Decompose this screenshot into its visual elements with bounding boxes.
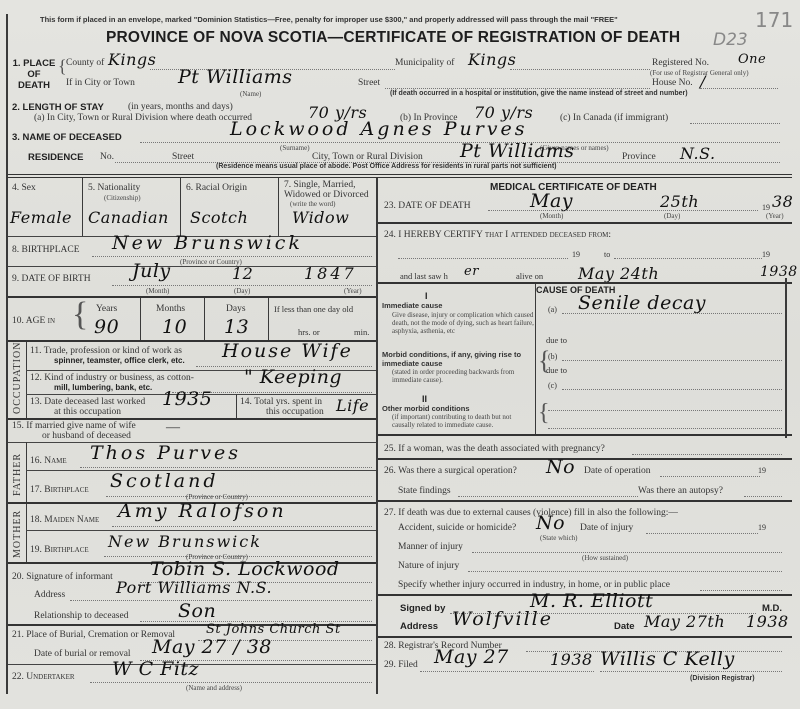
how-sustained-caption: (How sustained) xyxy=(582,554,628,562)
signer-address-value[interactable]: Wolfville xyxy=(452,608,553,630)
mother-maiden-label: 18. Maiden Name xyxy=(30,515,99,525)
dob-month-caption: (Month) xyxy=(146,287,169,295)
deceased-name-value[interactable]: Lockwood Agnes Purves xyxy=(230,118,528,140)
death-certificate: This form if placed in an envelope, mark… xyxy=(0,0,800,709)
residence-label: RESIDENCE xyxy=(28,152,83,163)
dob-day[interactable]: 12 xyxy=(232,264,253,283)
q27-label: 27. If death was due to external causes … xyxy=(384,508,678,518)
q29-value[interactable]: May 27 xyxy=(434,646,509,668)
stamp-number: 171 xyxy=(755,8,793,32)
informant-sig-label: 20. Signature of informant xyxy=(12,572,113,582)
age-years-value[interactable]: 90 xyxy=(94,316,119,338)
marital-caption: (write the word) xyxy=(290,200,335,208)
mail-notice: This form if placed in an envelope, mark… xyxy=(40,15,618,24)
length-of-stay-label: 2. LENGTH OF STAY xyxy=(12,102,104,113)
q23-year-prefix: 19 xyxy=(762,203,770,212)
q13-sub: at this occupation xyxy=(54,407,121,417)
q24-lastsaw-label: and last saw h xyxy=(400,271,448,281)
morbid-conditions-label: Morbid conditions, if any, giving rise t… xyxy=(382,350,534,368)
dob-month[interactable]: July xyxy=(132,260,171,282)
birthplace-value[interactable]: New Brunswick xyxy=(112,232,303,254)
registered-no-label: Registered No. xyxy=(652,58,709,68)
nationality-label: 5. Nationality xyxy=(88,183,140,193)
dob-label: 9. DATE OF BIRTH xyxy=(12,274,91,284)
registrar-signature[interactable]: Willis C Kelly xyxy=(600,648,735,670)
hospital-note: (If death occurred in a hospital or inst… xyxy=(390,90,688,97)
age-label: 10. AGE in xyxy=(12,316,55,326)
autopsy-label: Was there an autopsy? xyxy=(638,486,723,496)
age-months-value[interactable]: 10 xyxy=(162,316,187,338)
q12-value[interactable]: " Keeping xyxy=(244,366,342,388)
length-of-stay-note: (in years, months and days) xyxy=(128,102,233,112)
specify-label: Specify whether injury occurred in indus… xyxy=(398,580,670,590)
pencil-code: D23 xyxy=(713,30,748,50)
mother-birthplace-label: 19. Birthplace xyxy=(30,545,89,555)
q26-label: 26. Was there a surgical operation? xyxy=(384,466,517,476)
q24-to-year: 19 xyxy=(762,250,770,259)
deceased-name-label: 3. NAME OF DECEASED xyxy=(12,132,122,143)
registered-no-value[interactable]: One xyxy=(738,52,766,67)
name-caption: (Name) xyxy=(240,90,261,98)
place-of-death-label: 1. PLACE OF DEATH xyxy=(12,58,56,91)
burial-place-label: 21. Place of Burial, Cremation or Remova… xyxy=(12,630,175,640)
medical-heading: MEDICAL CERTIFICATE OF DEATH xyxy=(490,182,657,193)
roman-two: II xyxy=(422,394,427,404)
sex-label: 4. Sex xyxy=(12,183,36,193)
roman-one: I xyxy=(425,291,428,301)
residence-note: (Residence means usual place of abode. P… xyxy=(216,163,557,170)
q23-day-caption: (Day) xyxy=(664,212,680,220)
left-border xyxy=(6,14,8,694)
birthplace-label: 8. BIRTHPLACE xyxy=(12,245,80,255)
residence-no-label: No. xyxy=(100,152,114,162)
residence-city-value[interactable]: Pt Williams xyxy=(460,140,575,162)
q23-month-caption: (Month) xyxy=(540,212,563,220)
cause-b-label: (b) xyxy=(548,352,557,361)
nationality-caption: (Citizenship) xyxy=(104,194,141,202)
racial-origin-value[interactable]: Scotch xyxy=(190,208,248,227)
county-value[interactable]: Kings xyxy=(108,50,156,69)
dob-year-caption: (Year) xyxy=(344,287,362,295)
immediate-cause-label: Immediate cause xyxy=(382,301,442,310)
racial-origin-label: 6. Racial Origin xyxy=(186,183,247,193)
immediate-cause-note: Give disease, injury or complication whi… xyxy=(392,311,534,335)
q24-alive-label: alive on xyxy=(516,271,543,281)
nature-label: Nature of injury xyxy=(398,561,459,571)
q26-value[interactable]: No xyxy=(546,456,575,478)
city-value[interactable]: Pt Williams xyxy=(178,66,293,88)
nationality-value[interactable]: Canadian xyxy=(88,208,169,227)
city-label: If in City or Town xyxy=(66,78,135,88)
registrar-caption: (Division Registrar) xyxy=(690,675,755,682)
injury-date-label: Date of injury xyxy=(580,523,633,533)
signed-by-label: Signed by xyxy=(400,603,445,614)
informant-sig-value[interactable]: Tobin S. Lockwood xyxy=(150,558,340,580)
q24-lastsaw-date[interactable]: May 24th xyxy=(578,264,659,283)
q12-label: 12. Kind of industry or business, as cot… xyxy=(30,373,194,383)
q24-lastsaw-suffix[interactable]: er xyxy=(464,264,479,279)
q14-value[interactable]: Life xyxy=(336,396,369,415)
informant-address-value[interactable]: Port Williams N.S. xyxy=(116,578,272,597)
undertaker-value[interactable]: W C Fitz xyxy=(112,658,199,680)
father-side-label: FATHER xyxy=(12,453,23,496)
q11-label: 11. Trade, profession or kind of work as xyxy=(30,346,182,356)
dob-year[interactable]: 1847 xyxy=(304,264,357,283)
father-birthplace-label: 17. Birthplace xyxy=(30,485,89,495)
q14-label: 14. Total yrs. spent in xyxy=(240,397,322,407)
burial-place-value[interactable]: St Johns Church St xyxy=(206,622,341,637)
q11-sub: spinner, teamster, office clerk, etc. xyxy=(54,356,185,365)
q29-year[interactable]: 1938 xyxy=(550,650,593,669)
stay-city-label: (a) In City, Town or Rural Division wher… xyxy=(34,113,252,123)
state-findings-label: State findings xyxy=(398,486,451,496)
spouse-label: 15. If married give name of wife xyxy=(12,421,136,431)
q24-label: 24. I HEREBY CERTIFY that I attended dec… xyxy=(384,230,611,240)
accident-label: Accident, suicide or homicide? xyxy=(398,523,516,533)
residence-street-label: Street xyxy=(172,152,194,162)
mother-birthplace-value[interactable]: New Brunswick xyxy=(108,532,262,551)
informant-address-label: Address xyxy=(34,590,65,600)
q26-date-label: Date of operation xyxy=(584,466,650,476)
father-name-value[interactable]: Thos Purves xyxy=(90,442,241,464)
spouse-value[interactable]: — xyxy=(166,420,180,436)
informant-relationship-value[interactable]: Son xyxy=(178,600,216,622)
cause-a-value[interactable]: Senile decay xyxy=(578,292,706,314)
sex-value[interactable]: Female xyxy=(10,208,72,227)
age-years-label: Years xyxy=(96,304,117,314)
q24-to: to xyxy=(604,250,610,259)
municipality-value[interactable]: Kings xyxy=(468,50,516,69)
mother-side-label: MOTHER xyxy=(12,510,23,558)
due-to-1: due to xyxy=(546,335,567,345)
residence-province-label: Province xyxy=(622,152,656,162)
cause-c-label: (c) xyxy=(548,381,557,390)
father-name-label: 16. Name xyxy=(30,456,67,466)
page-title: PROVINCE OF NOVA SCOTIA—CERTIFICATE OF R… xyxy=(106,29,680,47)
q25-label: 25. If a woman, was the death associated… xyxy=(384,444,605,454)
sign-date-year[interactable]: 1938 xyxy=(746,612,789,631)
q24-lastsaw-year[interactable]: 1938 xyxy=(760,264,798,280)
age-less-than-day-label: If less than one day old xyxy=(274,304,353,314)
q13-value[interactable]: 1935 xyxy=(162,388,212,410)
q23-month[interactable]: May xyxy=(530,190,573,212)
age-months-label: Months xyxy=(156,304,185,314)
undertaker-caption: (Name and address) xyxy=(186,684,242,692)
undertaker-label: 22. Undertaker xyxy=(12,672,75,682)
q23-day[interactable]: 25th xyxy=(660,192,699,211)
house-no-label: House No. xyxy=(652,78,693,88)
residence-city-label: City, Town or Rural Division xyxy=(312,152,423,162)
q13-label: 13. Date deceased last worked xyxy=(30,397,145,407)
mother-maiden-value[interactable]: Amy Ralofson xyxy=(118,500,287,522)
other-conditions-label: Other morbid conditions xyxy=(382,404,470,413)
spouse-label-sub: or husband of deceased xyxy=(42,431,131,441)
informant-relationship-label: Relationship to deceased xyxy=(34,611,128,621)
street-label: Street xyxy=(358,78,380,88)
father-birthplace-value[interactable]: Scotland xyxy=(110,470,219,492)
stay-canada-label: (c) In Canada (if immigrant) xyxy=(560,113,668,123)
age-hrs-label: hrs. or xyxy=(298,327,320,337)
morbid-conditions-note: (stated in order proceeding backwards fr… xyxy=(392,368,534,384)
manner-label: Manner of injury xyxy=(398,542,463,552)
marital-status-value[interactable]: Widow xyxy=(292,208,349,227)
accident-value[interactable]: No xyxy=(536,512,565,534)
q29-label: 29. Filed xyxy=(384,660,418,670)
cause-a-label: (a) xyxy=(548,305,557,314)
state-which-caption: (State which) xyxy=(540,534,578,542)
age-days-value[interactable]: 13 xyxy=(224,316,249,338)
sign-date-label: Date xyxy=(614,621,635,632)
q24-from-year: 19 xyxy=(572,250,580,259)
county-label: County of xyxy=(66,58,104,68)
occupation-side-label: OCCUPATION xyxy=(12,342,23,414)
signer-address-label: Address xyxy=(400,621,438,632)
q23-year-caption: (Year) xyxy=(766,212,784,220)
q14-sub: this occupation xyxy=(266,407,324,417)
surname-caption: (Surname) xyxy=(280,144,310,152)
marital-status-label: 7. Single, Married, Widowed or Divorced xyxy=(284,180,376,200)
q11-value[interactable]: House Wife xyxy=(222,340,353,362)
other-conditions-note: (if important) contributing to death but… xyxy=(392,413,534,429)
due-to-2: due to xyxy=(546,365,567,375)
q26-date-year: 19 xyxy=(758,466,766,475)
q23-label: 23. DATE OF DEATH xyxy=(384,201,471,211)
dob-day-caption: (Day) xyxy=(234,287,250,295)
q23-year[interactable]: 38 xyxy=(772,192,793,211)
age-min-label: min. xyxy=(354,327,369,337)
sign-date-value[interactable]: May 27th xyxy=(644,612,725,631)
injury-date-year: 19 xyxy=(758,523,766,532)
age-days-label: Days xyxy=(226,304,246,314)
municipality-label: Municipality of xyxy=(395,58,454,68)
q12-sub: mill, lumbering, bank, etc. xyxy=(54,383,152,392)
residence-province-value[interactable]: N.S. xyxy=(680,144,716,163)
burial-date-value[interactable]: May 27 / 38 xyxy=(152,636,272,658)
